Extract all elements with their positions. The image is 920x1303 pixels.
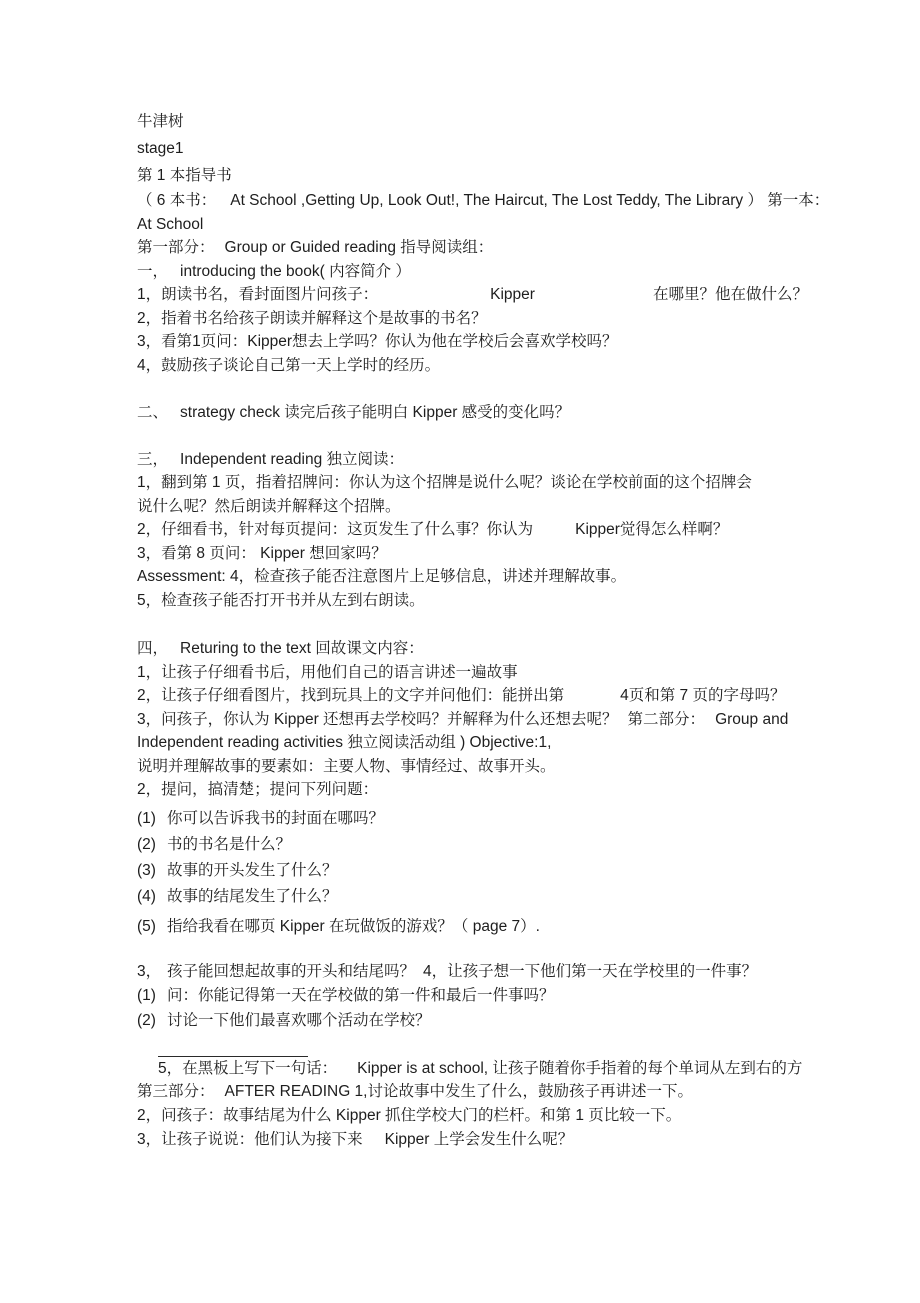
document-page: 牛津树stage1第 1 本指导书（ 6 本书：At School ,Getti… bbox=[0, 0, 920, 1303]
text-line: 4，鼓励孩子谈论自己第一天上学时的经历。 bbox=[137, 354, 802, 378]
tab-gap bbox=[363, 1151, 385, 1152]
text-line: 1，朗读书名，看封面图片问孩子：Kipper在哪里？他在做什么？ bbox=[137, 283, 802, 307]
text-run: 1，朗读书名，看封面图片问孩子： bbox=[137, 283, 378, 307]
tab-gap bbox=[216, 212, 230, 213]
list-marker: (5) bbox=[137, 914, 167, 940]
text-line: Assessment: 4，检查孩子能否注意图片上足够信息，讲述并理解故事。 bbox=[137, 565, 802, 589]
text-run: 第一部分： bbox=[137, 236, 215, 260]
text-line: At School bbox=[137, 213, 802, 237]
text-run: 三， bbox=[137, 448, 168, 472]
text-line: 说什么呢？然后朗读并解释这个招牌。 bbox=[137, 495, 802, 519]
text-run: Assessment: 4，检查孩子能否注意图片上足够信息，讲述并理解故事。 bbox=[137, 565, 626, 589]
text-line: stage1 bbox=[137, 135, 802, 162]
text-run: 二、 bbox=[137, 401, 168, 425]
text-run: Returing to the text 回故课文内容： bbox=[180, 637, 424, 661]
list-marker: (4) bbox=[137, 884, 167, 910]
document-body: 牛津树stage1第 1 本指导书（ 6 本书：At School ,Getti… bbox=[137, 108, 802, 1152]
text-run: Group and bbox=[715, 708, 788, 732]
text-run: 2，让孩子仔细看图片，找到玩具上的文字并问他们：能拼出第 bbox=[137, 684, 564, 708]
text-line: 三，Independent reading 独立阅读： bbox=[137, 448, 802, 472]
text-line: (2)书的书名是什么？ bbox=[137, 832, 802, 858]
tab-gap bbox=[535, 306, 653, 307]
text-line: 说明并理解故事的要素如：主要人物、事情经过、故事开头。 bbox=[137, 755, 802, 779]
text-run: 在哪里？他在做什么？ bbox=[653, 283, 808, 307]
text-line: 1，翻到第 1 页，指着招牌问：你认为这个招牌是说什么呢？谈论在学校前面的这个招… bbox=[137, 471, 802, 495]
text-run: 第二部分： bbox=[628, 708, 706, 732]
text-line: 2，问孩子：故事结尾为什么 Kipper 抓住学校大门的栏杆。和第 1 页比较一… bbox=[137, 1104, 802, 1129]
tab-gap bbox=[533, 541, 575, 542]
text-line: 一，introducing the book( 内容简介 ） bbox=[137, 260, 802, 284]
text-run: 牛津树 bbox=[137, 108, 184, 135]
text-run: Kipper is at school, 让孩子随着你手指着的每个单词从左到右的… bbox=[357, 1057, 802, 1081]
text-run: AFTER READING 1,讨论故事中发生了什么，鼓励孩子再讲述一下。 bbox=[225, 1080, 693, 1104]
text-run: 2，提问，搞清楚；提问下列问题： bbox=[137, 778, 378, 802]
text-run: 1，让孩子仔细看书后，用他们自己的语言讲述一遍故事 bbox=[137, 661, 518, 685]
text-line: 3，问孩子，你认为 Kipper 还想再去学校吗？并解释为什么还想去呢？第二部分… bbox=[137, 708, 802, 732]
blank-line bbox=[137, 612, 802, 637]
text-line: 1，让孩子仔细看书后，用他们自己的语言讲述一遍故事 bbox=[137, 661, 802, 685]
text-run: 4页和第 7 页的字母吗？ bbox=[620, 684, 785, 708]
text-run: 3，让孩子说说：他们认为接下来 bbox=[137, 1128, 363, 1152]
text-line: 牛津树 bbox=[137, 108, 802, 135]
text-line: (5)指给我看在哪页 Kipper 在玩做饭的游戏？（ page 7）. bbox=[137, 914, 802, 940]
text-line: (1)你可以告诉我书的封面在哪吗？ bbox=[137, 806, 802, 832]
text-run: 第三部分： bbox=[137, 1080, 215, 1104]
text-run: 3，看第1页问：Kipper想去上学吗？你认为他在学校后会喜欢学校吗？ bbox=[137, 330, 618, 354]
signature-underline bbox=[158, 1033, 308, 1057]
text-run: 你可以告诉我书的封面在哪吗？ bbox=[167, 806, 384, 832]
text-line: 二、strategy check 读完后孩子能明白 Kipper 感受的变化吗？ bbox=[137, 401, 802, 425]
text-run: Kipper bbox=[490, 283, 535, 307]
text-run: 一， bbox=[137, 260, 168, 284]
text-line: 四，Returing to the text 回故课文内容： bbox=[137, 637, 802, 661]
text-run: stage1 bbox=[137, 135, 184, 162]
text-run: strategy check 读完后孩子能明白 Kipper 感受的变化吗？ bbox=[180, 401, 570, 425]
text-line: 2，让孩子仔细看图片，找到玩具上的文字并问他们：能拼出第4页和第 7 页的字母吗… bbox=[137, 684, 802, 708]
text-line: （ 6 本书：At School ,Getting Up, Look Out!,… bbox=[137, 189, 802, 213]
text-run: 说什么呢？然后朗读并解释这个招牌。 bbox=[137, 495, 401, 519]
text-run: introducing the book( 内容简介 ） bbox=[180, 260, 411, 284]
text-run: At School ,Getting Up, Look Out!, The Ha… bbox=[230, 189, 829, 213]
text-run: 3，问孩子，你认为 Kipper 还想再去学校吗？并解释为什么还想去呢？ bbox=[137, 708, 618, 732]
text-line: 2，提问，搞清楚；提问下列问题： bbox=[137, 778, 802, 802]
text-run: 5，在黑板上写下一句话： bbox=[158, 1057, 337, 1081]
text-line: 3，让孩子说说：他们认为接下来Kipper 上学会发生什么呢？ bbox=[137, 1128, 802, 1152]
text-line: 3，孩子能回想起故事的开头和结尾吗？4，让孩子想一下他们第一天在学校里的一件事？ bbox=[137, 960, 802, 985]
list-marker: (3) bbox=[137, 858, 167, 884]
text-run: Independent reading activities 独立阅读活动组 )… bbox=[137, 731, 551, 755]
text-run: 指给我看在哪页 Kipper 在玩做饭的游戏？（ page 7）. bbox=[167, 914, 540, 940]
text-run: 1，翻到第 1 页，指着招牌问：你认为这个招牌是说什么呢？谈论在学校前面的这个招… bbox=[137, 471, 752, 495]
text-line: Independent reading activities 独立阅读活动组 )… bbox=[137, 731, 802, 755]
text-line: 2，指着书名给孩子朗读并解释这个是故事的书名？ bbox=[137, 307, 802, 331]
text-run: （ 6 本书： bbox=[137, 189, 216, 213]
tab-gap bbox=[618, 730, 628, 731]
text-line: 3，看第 8 页问： Kipper 想回家吗？ bbox=[137, 542, 802, 566]
text-line: (3)故事的开头发生了什么？ bbox=[137, 858, 802, 884]
text-run: 故事的结尾发生了什么？ bbox=[167, 884, 338, 910]
text-run: At School bbox=[137, 213, 203, 237]
text-line: 5，在黑板上写下一句话：Kipper is at school, 让孩子随着你手… bbox=[137, 1057, 802, 1081]
text-line: 3，看第1页问：Kipper想去上学吗？你认为他在学校后会喜欢学校吗？ bbox=[137, 330, 802, 354]
text-run: 孩子能回想起故事的开头和结尾吗？ bbox=[167, 960, 415, 985]
text-run: 2，问孩子：故事结尾为什么 Kipper 抓住学校大门的栏杆。和第 1 页比较一… bbox=[137, 1104, 681, 1129]
text-line: 2，仔细看书，针对每页提问：这页发生了什么事？你认为Kipper觉得怎么样啊？ bbox=[137, 518, 802, 542]
text-run: 3，看第 8 页问： Kipper 想回家吗？ bbox=[137, 542, 387, 566]
text-line: (1)问：你能记得第一天在学校做的第一件和最后一件事吗？ bbox=[137, 984, 802, 1009]
text-run: Kipper觉得怎么样啊？ bbox=[575, 518, 728, 542]
text-run: 5，检查孩子能否打开书并从左到右朗读。 bbox=[137, 589, 425, 613]
blank-line bbox=[137, 424, 802, 448]
list-marker: (1) bbox=[137, 806, 167, 832]
text-line: (4)故事的结尾发生了什么？ bbox=[137, 884, 802, 910]
text-run: 2，仔细看书，针对每页提问：这页发生了什么事？你认为 bbox=[137, 518, 533, 542]
text-line: 5，检查孩子能否打开书并从左到右朗读。 bbox=[137, 589, 802, 613]
text-run: 第 1 本指导书 bbox=[137, 162, 232, 189]
text-run: Group or Guided reading 指导阅读组： bbox=[225, 236, 494, 260]
text-line: 第一部分：Group or Guided reading 指导阅读组： bbox=[137, 236, 802, 260]
text-run: 问：你能记得第一天在学校做的第一件和最后一件事吗？ bbox=[167, 984, 555, 1009]
text-run: 讨论一下他们最喜欢哪个活动在学校？ bbox=[167, 1009, 431, 1034]
text-line: 第 1 本指导书 bbox=[137, 162, 802, 189]
text-run: Independent reading 独立阅读： bbox=[180, 448, 404, 472]
tab-gap bbox=[168, 423, 180, 424]
text-run: 4，让孩子想一下他们第一天在学校里的一件事？ bbox=[423, 960, 757, 985]
list-marker: (2) bbox=[137, 832, 167, 858]
text-run: Kipper 上学会发生什么呢？ bbox=[385, 1128, 574, 1152]
text-run: 故事的开头发生了什么？ bbox=[167, 858, 338, 884]
text-line: 第三部分：AFTER READING 1,讨论故事中发生了什么，鼓励孩子再讲述一… bbox=[137, 1080, 802, 1104]
list-marker: (2) bbox=[137, 1009, 167, 1034]
list-marker: 3， bbox=[137, 960, 167, 985]
list-marker: (1) bbox=[137, 984, 167, 1009]
blank-line bbox=[137, 377, 802, 401]
signature-line-row bbox=[137, 1033, 802, 1057]
text-run: 4，鼓励孩子谈论自己第一天上学时的经历。 bbox=[137, 354, 440, 378]
text-run: 四， bbox=[137, 637, 168, 661]
text-run: 书的书名是什么？ bbox=[167, 832, 291, 858]
tab-gap bbox=[705, 730, 715, 731]
blank-line bbox=[137, 940, 802, 960]
text-line: (2)讨论一下他们最喜欢哪个活动在学校？ bbox=[137, 1009, 802, 1034]
text-run: 说明并理解故事的要素如：主要人物、事情经过、故事开头。 bbox=[137, 755, 556, 779]
text-run: 2，指着书名给孩子朗读并解释这个是故事的书名？ bbox=[137, 307, 487, 331]
